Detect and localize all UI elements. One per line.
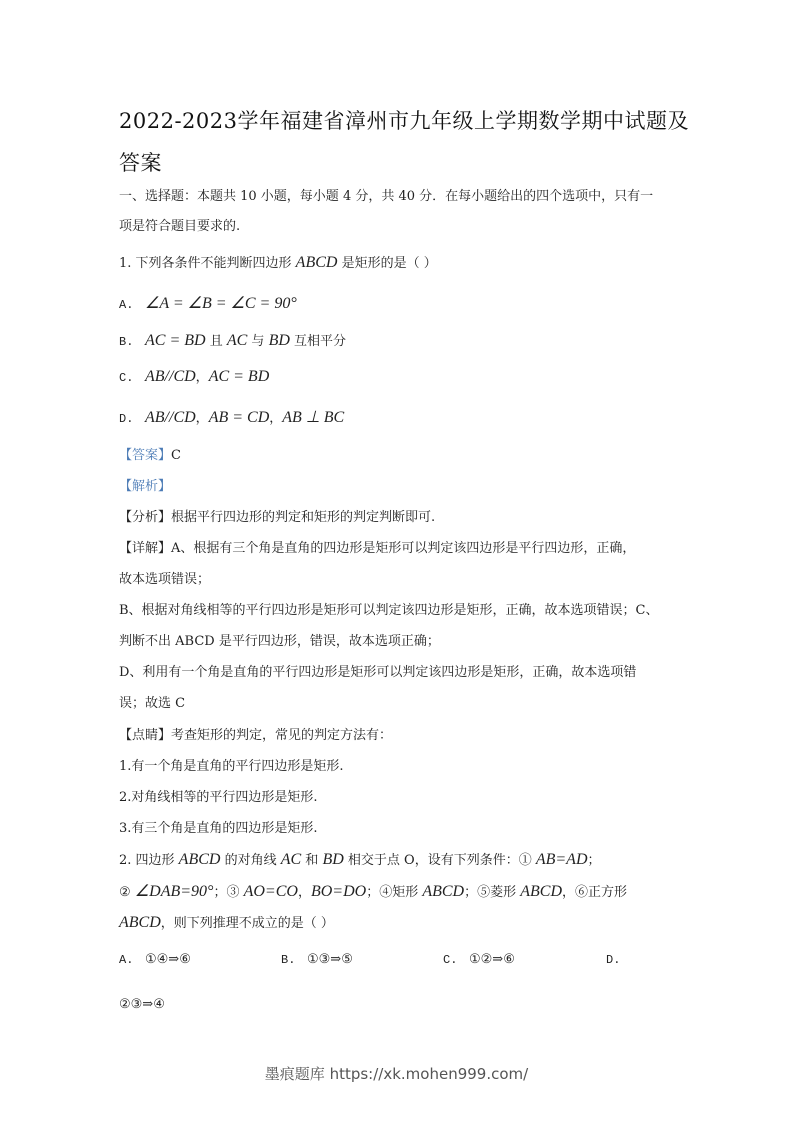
q2-stem-line-1: 2. 四边形 ABCD 的对角线 AC 和 BD 相交于点 O，设有下列条件：①…	[119, 850, 601, 871]
section-intro-line-2: 项是符合题目要求的.	[119, 217, 240, 237]
q1-option-c: C.AB//CD，AC = BD	[119, 367, 269, 388]
title-line-1: 2022-2023学年福建省漳州市九年级上学期数学期中试题及	[119, 100, 689, 142]
document-title: 2022-2023学年福建省漳州市九年级上学期数学期中试题及 答案	[119, 100, 689, 184]
section-intro-line-1: 一、选择题：本题共 10 小题，每小题 4 分，共 40 分．在每小题给出的四个…	[119, 187, 653, 207]
document-page: 2022-2023学年福建省漳州市九年级上学期数学期中试题及 答案 一、选择题：…	[0, 0, 793, 1122]
q1-detail-line-5: D、利用有一个角是直角的平行四边形是矩形可以判定该四边形是矩形，正确，故本选项错	[119, 663, 636, 683]
q1-analysis: 【分析】根据平行四边形的判定和矩形的判定判断即可.	[119, 508, 435, 528]
q1-option-a: A.∠A = ∠B = ∠C = 90°	[119, 294, 297, 315]
q1-detail-line-4: 判断不出 ABCD 是平行四边形，错误，故本选项正确；	[119, 632, 440, 652]
q1-stem: 1. 下列各条件不能判断四边形 ABCD 是矩形的是（ ）	[119, 253, 437, 274]
q1-detail-line-1: 【详解】A、根据有三个角是直角的四边形是矩形可以判定该四边形是平行四边形，正确，	[119, 539, 635, 559]
answer-tag: 【答案】	[119, 448, 171, 463]
q1-tip: 【点睛】考查矩形的判定，常见的判定方法有：	[119, 726, 392, 746]
footer-watermark: 墨痕题库 https://xk.mohen999.com/	[0, 1063, 793, 1084]
analysis-tag: 【解析】	[119, 477, 171, 497]
q1-option-b: B.AC = BD 且 AC 与 BD 互相平分	[119, 331, 346, 352]
q2-option-d-value: ②③⇒④	[119, 995, 165, 1015]
q1-answer: 【答案】C	[119, 446, 181, 466]
title-line-2: 答案	[119, 142, 689, 184]
q1-detail-line-6: 误；故选 C	[119, 694, 185, 714]
q2-stem-line-2: ② ∠DAB=90°；③ AO=CO，BO=DO；④矩形 ABCD；⑤菱形 AB…	[119, 882, 627, 903]
q1-tip-item-3: 3.有三个角是直角的四边形是矩形.	[119, 819, 318, 839]
q2-option-c: C.①②⇒⑥	[443, 950, 515, 970]
q2-option-a: A.①④⇒⑥	[119, 950, 191, 970]
q2-option-b: B.①③⇒⑤	[281, 950, 353, 970]
q1-tip-item-1: 1.有一个角是直角的平行四边形是矩形.	[119, 757, 344, 777]
q1-stem-math: ABCD	[296, 254, 338, 271]
q1-detail-line-2: 故本选项错误；	[119, 570, 210, 590]
answer-value: C	[171, 448, 181, 463]
q1-detail-line-3: B、根据对角线相等的平行四边形是矩形可以判定该四边形是矩形，正确，故本选项错误；…	[119, 601, 659, 621]
q1-option-d: D.AB//CD，AB = CD，AB ⊥ BC	[119, 408, 344, 429]
q1-tip-item-2: 2.对角线相等的平行四边形是矩形.	[119, 788, 318, 808]
q2-stem-line-3: ABCD，则下列推理不成立的是（ ）	[119, 913, 334, 934]
q2-option-d: D.	[606, 950, 632, 970]
